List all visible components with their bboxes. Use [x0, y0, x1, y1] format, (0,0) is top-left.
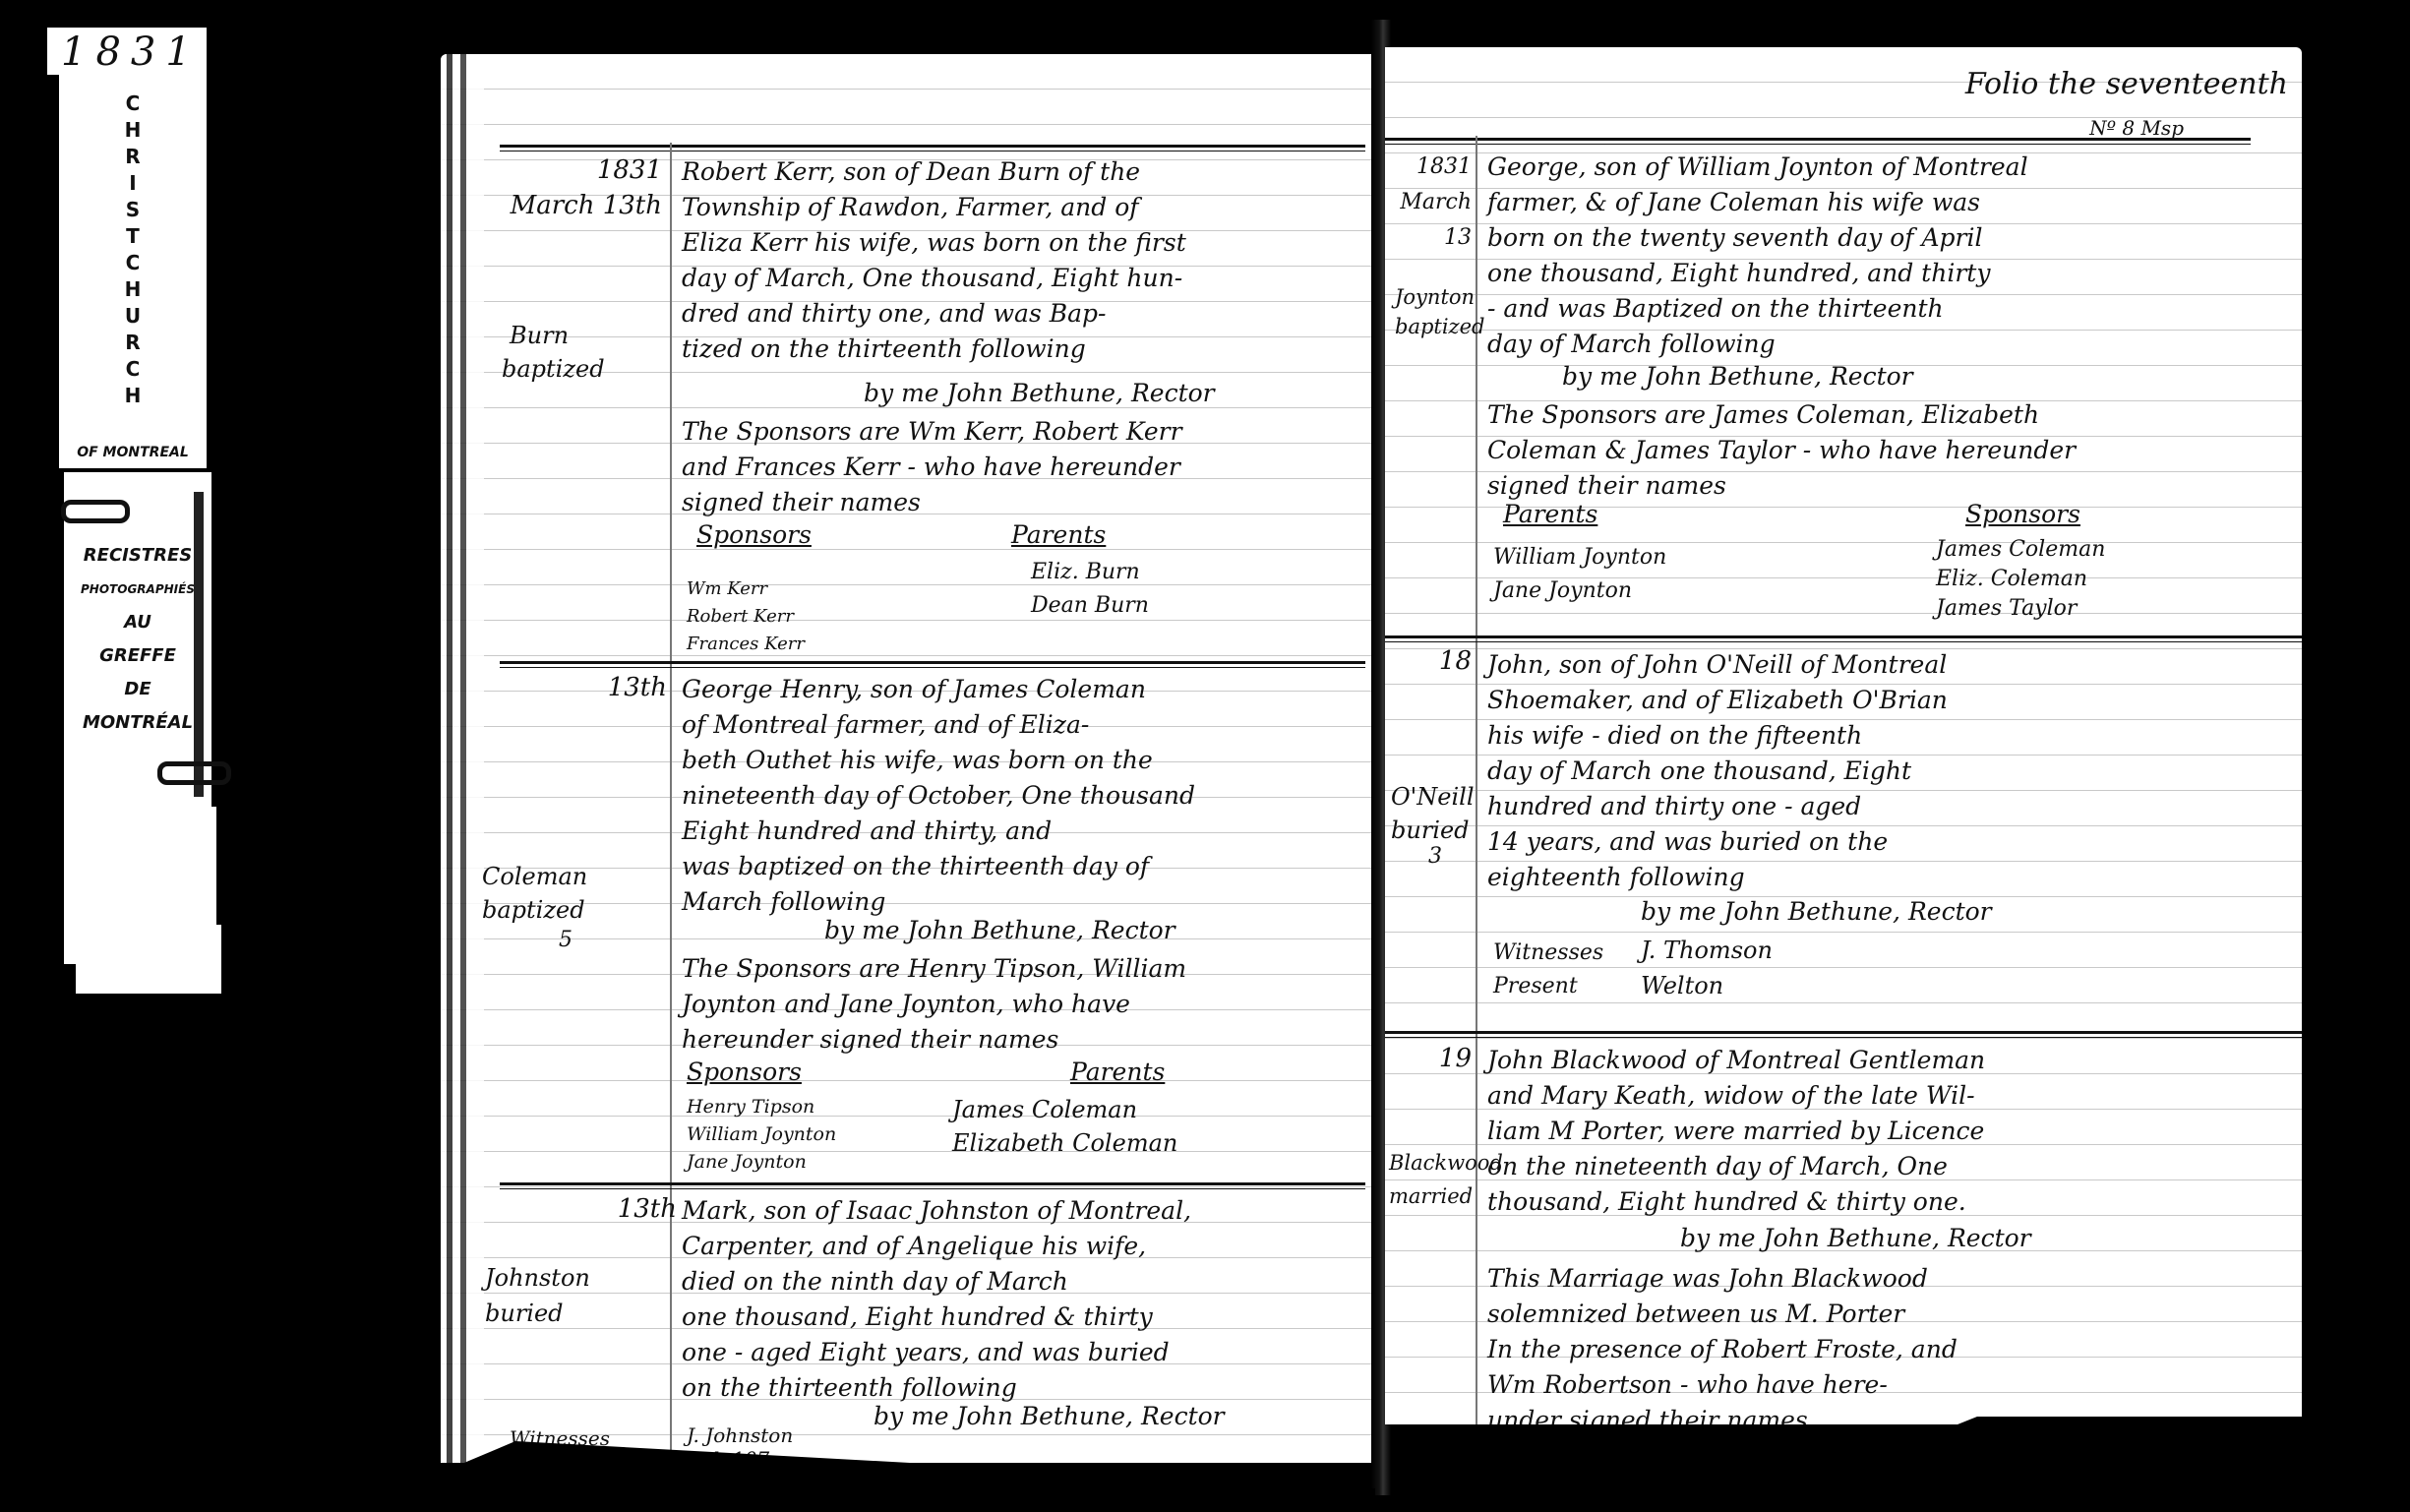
marriage-statement: This Marriage was John Blackwood solemni… — [1487, 1261, 2274, 1424]
entry-date: 13th — [500, 670, 667, 705]
entry-text: John Blackwood of Montreal Gentleman and… — [1487, 1043, 2274, 1220]
archive-tab: C H R I S T C H U R C H OF MONTREAL — [59, 75, 207, 468]
entry-text: George, son of William Joynton of Montre… — [1487, 150, 2274, 362]
sponsor-signatures: Henry TipsonWilliam JoyntonJane Joynton — [687, 1093, 836, 1176]
header-rule — [500, 145, 1365, 151]
signature: Wm Kerr — [687, 575, 805, 603]
paper-clip-icon — [61, 500, 130, 523]
entry-surname: Coleman — [482, 859, 587, 894]
entry-separator — [1385, 1031, 2302, 1038]
parent-signatures: James ColemanElizabeth Coleman — [952, 1093, 1177, 1160]
signature: Eliz. Coleman — [1936, 565, 2105, 594]
sponsors-statement: The Sponsors are Henry Tipson, William J… — [682, 951, 1360, 1058]
entry-type: buried — [485, 1296, 564, 1331]
stamp-line: RECISTRES — [64, 539, 211, 573]
register-number: 3 — [1428, 844, 1442, 869]
officiant-signature: by me John Bethune, Rector — [1641, 897, 1992, 926]
entry-type: baptized — [1395, 309, 1485, 344]
entry-date: 13th — [500, 1191, 677, 1227]
parents-heading: Parents — [1070, 1058, 1165, 1086]
registry-card-bottom — [76, 925, 221, 994]
header-rule — [1385, 138, 2251, 145]
entry-text: George Henry, son of James Coleman of Mo… — [682, 672, 1360, 920]
witness-label: Witnesses Present — [1493, 937, 1611, 1003]
sponsors-statement: The Sponsors are Wm Kerr, Robert Kerr an… — [682, 414, 1360, 520]
registry-stamp-text: RECISTRESPHOTOGRAPHIÉSAUGREFFEDEMONTRÉAL — [64, 539, 211, 740]
folio-note: Nº 8 Msp — [2089, 116, 2184, 140]
officiant-signature: by me John Bethune, Rector — [1680, 1224, 2031, 1252]
entry-separator — [500, 1182, 1365, 1189]
entry-text: Robert Kerr, son of Dean Burn of the Tow… — [682, 154, 1360, 367]
signature: Jane Joynton — [687, 1148, 836, 1176]
signature: Jane Joynton — [1493, 575, 1666, 608]
entry-text: Mark, son of Isaac Johnston of Montreal,… — [682, 1193, 1360, 1406]
entry-separator — [500, 661, 1365, 668]
margin-rule — [670, 143, 672, 1463]
page-edge-stack — [441, 54, 484, 1463]
entry-type: married — [1389, 1179, 1473, 1214]
signature: Frances Kerr — [687, 631, 805, 658]
officiant-signature: by me John Bethune, Rector — [864, 379, 1215, 407]
paper-clip-icon — [157, 761, 231, 785]
entry-type: baptized — [502, 351, 605, 387]
sponsors-heading: Sponsors — [696, 520, 812, 549]
signature: James Coleman — [1936, 535, 2105, 565]
signature: William Joynton — [687, 1120, 836, 1148]
signature: Dean Burn — [1031, 589, 1149, 623]
entry-date: 18 — [1385, 643, 1472, 679]
signature: Eliz. Burn — [1031, 556, 1149, 589]
signature: William Joynton — [1493, 541, 1666, 575]
stamp-line: MONTRÉAL — [64, 706, 211, 740]
signature: James Coleman — [952, 1093, 1177, 1126]
witness-signatures: J. ThomsonWelton — [1641, 933, 1773, 1003]
entry-type: baptized — [482, 892, 585, 928]
entry-type: buried — [1391, 813, 1470, 848]
sponsor-signatures: Wm KerrRobert KerrFrances Kerr — [687, 575, 805, 658]
parents-heading: Parents — [1011, 520, 1106, 549]
sponsors-heading: Sponsors — [687, 1058, 802, 1086]
folio-heading: Folio the seventeenth — [1965, 67, 2288, 101]
entry-text: John, son of John O'Neill of Montreal Sh… — [1487, 647, 2274, 895]
officiant-signature: by me John Bethune, Rector — [824, 916, 1175, 944]
signature: Robert Kerr — [687, 603, 805, 631]
sponsors-statement: The Sponsors are James Coleman, Elizabet… — [1487, 397, 2274, 504]
stamp-line: DE — [64, 673, 211, 706]
entry-date: 1831 March 13th — [500, 152, 662, 223]
page-curl-shadow — [1830, 1417, 2321, 1512]
register-page-right: Folio the seventeenth Nº 8 Msp 1831 Marc… — [1385, 47, 2302, 1424]
entry-date: 1831 March 13 — [1385, 150, 1472, 256]
sponsors-heading: Sponsors — [1965, 500, 2080, 528]
signature: Henry Tipson — [687, 1093, 836, 1120]
entry-separator — [1385, 635, 2302, 642]
register-page-left: 1831 March 13th Burn baptized Robert Ker… — [441, 54, 1375, 1463]
stamp-line: GREFFE — [64, 639, 211, 673]
signature: J. Thomson — [1641, 933, 1773, 968]
signature: J. Johnston — [687, 1423, 793, 1447]
entry-surname: Burn — [510, 318, 569, 353]
stamp-line: PHOTOGRAPHIÉS — [64, 573, 211, 606]
stamp-line: AU — [64, 606, 211, 639]
entry-surname: Johnston — [485, 1260, 590, 1296]
officiant-signature: by me John Bethune, Rector — [874, 1402, 1225, 1430]
entry-surname: O'Neill — [1391, 779, 1475, 815]
parent-signatures: William JoyntonJane Joynton — [1493, 541, 1666, 608]
sponsor-signatures: James ColemanEliz. ColemanJames Taylor — [1936, 535, 2105, 624]
archive-year: 1831 — [61, 30, 201, 75]
parents-heading: Parents — [1503, 500, 1597, 528]
entry-surname: Blackwood — [1389, 1145, 1503, 1180]
entry-date: 19 — [1385, 1041, 1472, 1076]
church-name-vertical: C H R I S T C H U R C H — [59, 91, 207, 409]
card-edge-shadow — [194, 492, 204, 797]
officiant-signature: by me John Bethune, Rector — [1562, 362, 1913, 391]
signature: Elizabeth Coleman — [952, 1126, 1177, 1160]
register-number: 5 — [559, 928, 572, 952]
parent-signatures: Eliz. BurnDean Burn — [1031, 556, 1149, 623]
church-city: OF MONTREAL — [59, 445, 207, 460]
signature: Welton — [1641, 968, 1773, 1003]
signature: James Taylor — [1936, 594, 2105, 624]
